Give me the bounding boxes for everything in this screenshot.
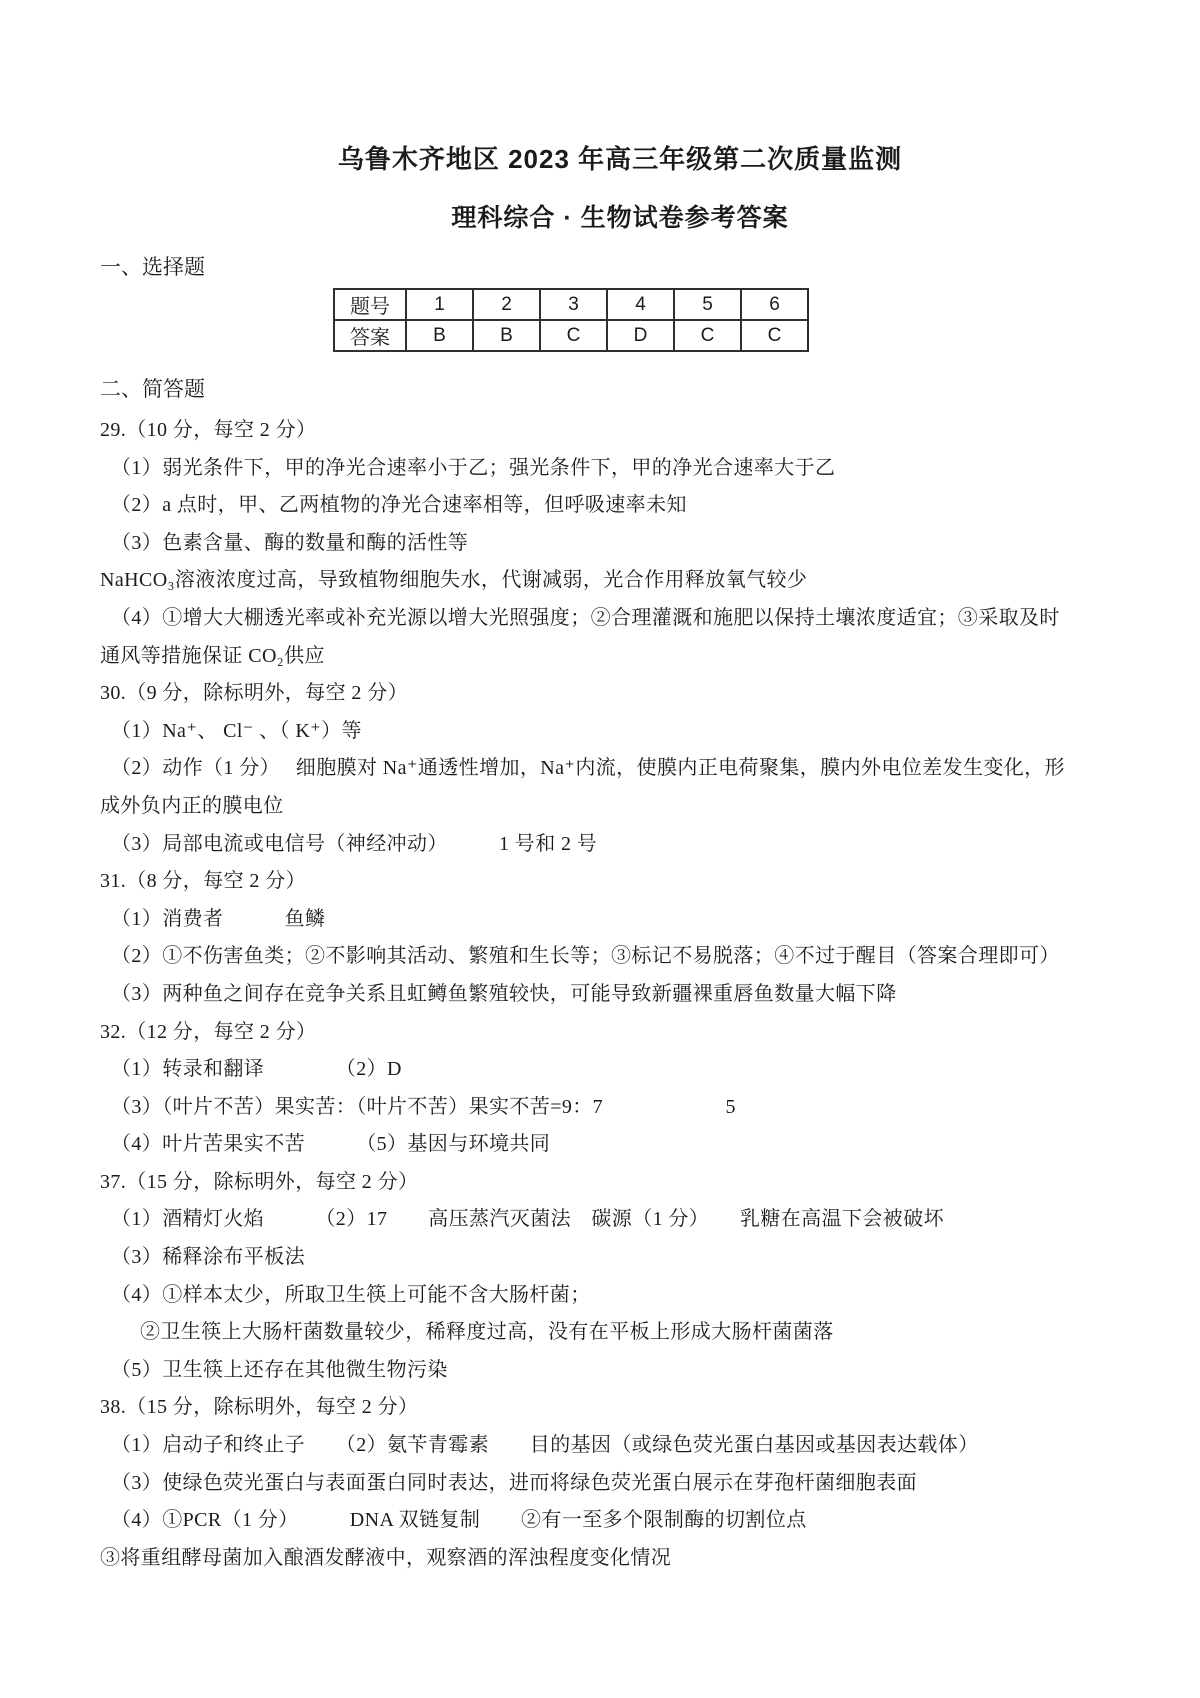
line-q38-header: 38.（15 分，除标明外，每空 2 分）	[100, 1389, 1140, 1427]
line-q32-header: 32.（12 分，每空 2 分）	[100, 1014, 1140, 1052]
answers-table: 题号 1 2 3 4 5 6 答案 B B C D C C	[333, 288, 809, 352]
line-q37-a3: （3）稀释涂布平板法	[100, 1239, 1140, 1277]
answer-cell: B	[406, 320, 473, 351]
line-q32-a4-a5: （4）叶片苦果实不苦 （5）基因与环境共同	[100, 1126, 1140, 1164]
question-number-cell: 1	[406, 289, 473, 320]
line-q37-a4-2: ②卫生筷上大肠杆菌数量较少，稀释度过高，没有在平板上形成大肠杆菌菌落	[100, 1314, 1140, 1352]
question-number-cell: 6	[741, 289, 808, 320]
line-q30-header: 30.（9 分，除标明外，每空 2 分）	[100, 675, 1140, 713]
line-q30-a3: （3）局部电流或电信号（神经冲动） 1 号和 2 号	[100, 826, 1140, 864]
line-q37-header: 37.（15 分，除标明外，每空 2 分）	[100, 1164, 1140, 1202]
answer-cell: C	[674, 320, 741, 351]
question-number-cell: 2	[473, 289, 540, 320]
line-q29-a4: （4）①增大大棚透光率或补充光源以增大光照强度；②合理灌溉和施肥以保持土壤浓度适…	[100, 600, 1140, 638]
line-q29-header: 29.（10 分，每空 2 分）	[100, 412, 1140, 450]
line-q32-a3: （3）（叶片不苦）果实苦：（叶片不苦）果实不苦=9：7 5	[100, 1089, 1140, 1127]
short-answer-section: 二、简答题 29.（10 分，每空 2 分） （1）弱光条件下，甲的净光合速率小…	[100, 374, 1140, 1577]
choice-section-heading: 一、选择题	[100, 252, 1140, 282]
page-title: 乌鲁木齐地区 2023 年高三年级第二次质量监测	[100, 142, 1140, 176]
table-row-question-numbers: 题号 1 2 3 4 5 6	[334, 289, 808, 320]
short-answer-section-heading: 二、简答题	[100, 374, 1140, 404]
table-row-answers: 答案 B B C D C C	[334, 320, 808, 351]
answer-cell: D	[607, 320, 674, 351]
page-subtitle: 理科综合 · 生物试卷参考答案	[100, 202, 1140, 234]
answer-cell: C	[540, 320, 607, 351]
line-q38-a4: （4）①PCR（1 分） DNA 双链复制 ②有一至多个限制酶的切割位点	[100, 1502, 1140, 1540]
line-q29-a1: （1）弱光条件下，甲的净光合速率小于乙；强光条件下，甲的净光合速率大于乙	[100, 450, 1140, 488]
line-q37-a4-1: （4）①样本太少，所取卫生筷上可能不含大肠杆菌；	[100, 1277, 1140, 1315]
line-q30-a1: （1）Na⁺、 Cl⁻ 、（ K⁺）等	[100, 713, 1140, 751]
line-q30-a2-cont: 成外负内正的膜电位	[100, 788, 1140, 826]
question-number-cell: 4	[607, 289, 674, 320]
line-q29-a3-note: NaHCO₃溶液浓度过高，导致植物细胞失水，代谢减弱，光合作用释放氧气较少	[100, 562, 1140, 600]
line-q29-a4-cont: 通风等措施保证 CO₂供应	[100, 638, 1140, 676]
question-number-row-label: 题号	[334, 289, 406, 320]
document-page: 乌鲁木齐地区 2023 年高三年级第二次质量监测 理科综合 · 生物试卷参考答案…	[0, 0, 1200, 1698]
question-number-cell: 3	[540, 289, 607, 320]
line-q38-a4-3: ③将重组酵母菌加入酿酒发酵液中，观察酒的浑浊程度变化情况	[100, 1540, 1140, 1578]
choice-section: 一、选择题 题号 1 2 3 4 5 6 答案 B B C D	[100, 252, 1140, 352]
line-q32-a1-a2: （1）转录和翻译 （2）D	[100, 1051, 1140, 1089]
line-q31-a1: （1）消费者 鱼鳞	[100, 901, 1140, 939]
line-q37-a1-a2: （1）酒精灯火焰 （2）17 高压蒸汽灭菌法 碳源（1 分） 乳糖在高温下会被破…	[100, 1201, 1140, 1239]
short-answer-lines: 29.（10 分，每空 2 分） （1）弱光条件下，甲的净光合速率小于乙；强光条…	[100, 412, 1140, 1577]
line-q38-a1-a2: （1）启动子和终止子 （2）氨苄青霉素 目的基因（或绿色荧光蛋白基因或基因表达载…	[100, 1427, 1140, 1465]
question-number-cell: 5	[674, 289, 741, 320]
line-q31-header: 31.（8 分，每空 2 分）	[100, 863, 1140, 901]
answer-cell: B	[473, 320, 540, 351]
line-q31-a3: （3）两种鱼之间存在竞争关系且虹鳟鱼繁殖较快，可能导致新疆裸重唇鱼数量大幅下降	[100, 976, 1140, 1014]
line-q38-a3: （3）使绿色荧光蛋白与表面蛋白同时表达，进而将绿色荧光蛋白展示在芽孢杆菌细胞表面	[100, 1465, 1140, 1503]
line-q29-a2: （2）a 点时，甲、乙两植物的净光合速率相等，但呼吸速率未知	[100, 487, 1140, 525]
line-q30-a2: （2）动作（1 分） 细胞膜对 Na⁺通透性增加，Na⁺内流，使膜内正电荷聚集，…	[100, 750, 1140, 788]
line-q31-a2: （2）①不伤害鱼类；②不影响其活动、繁殖和生长等；③标记不易脱落；④不过于醒目（…	[100, 938, 1140, 976]
line-q29-a3: （3）色素含量、酶的数量和酶的活性等	[100, 525, 1140, 563]
answer-cell: C	[741, 320, 808, 351]
answer-row-label: 答案	[334, 320, 406, 351]
line-q37-a5: （5）卫生筷上还存在其他微生物污染	[100, 1352, 1140, 1390]
